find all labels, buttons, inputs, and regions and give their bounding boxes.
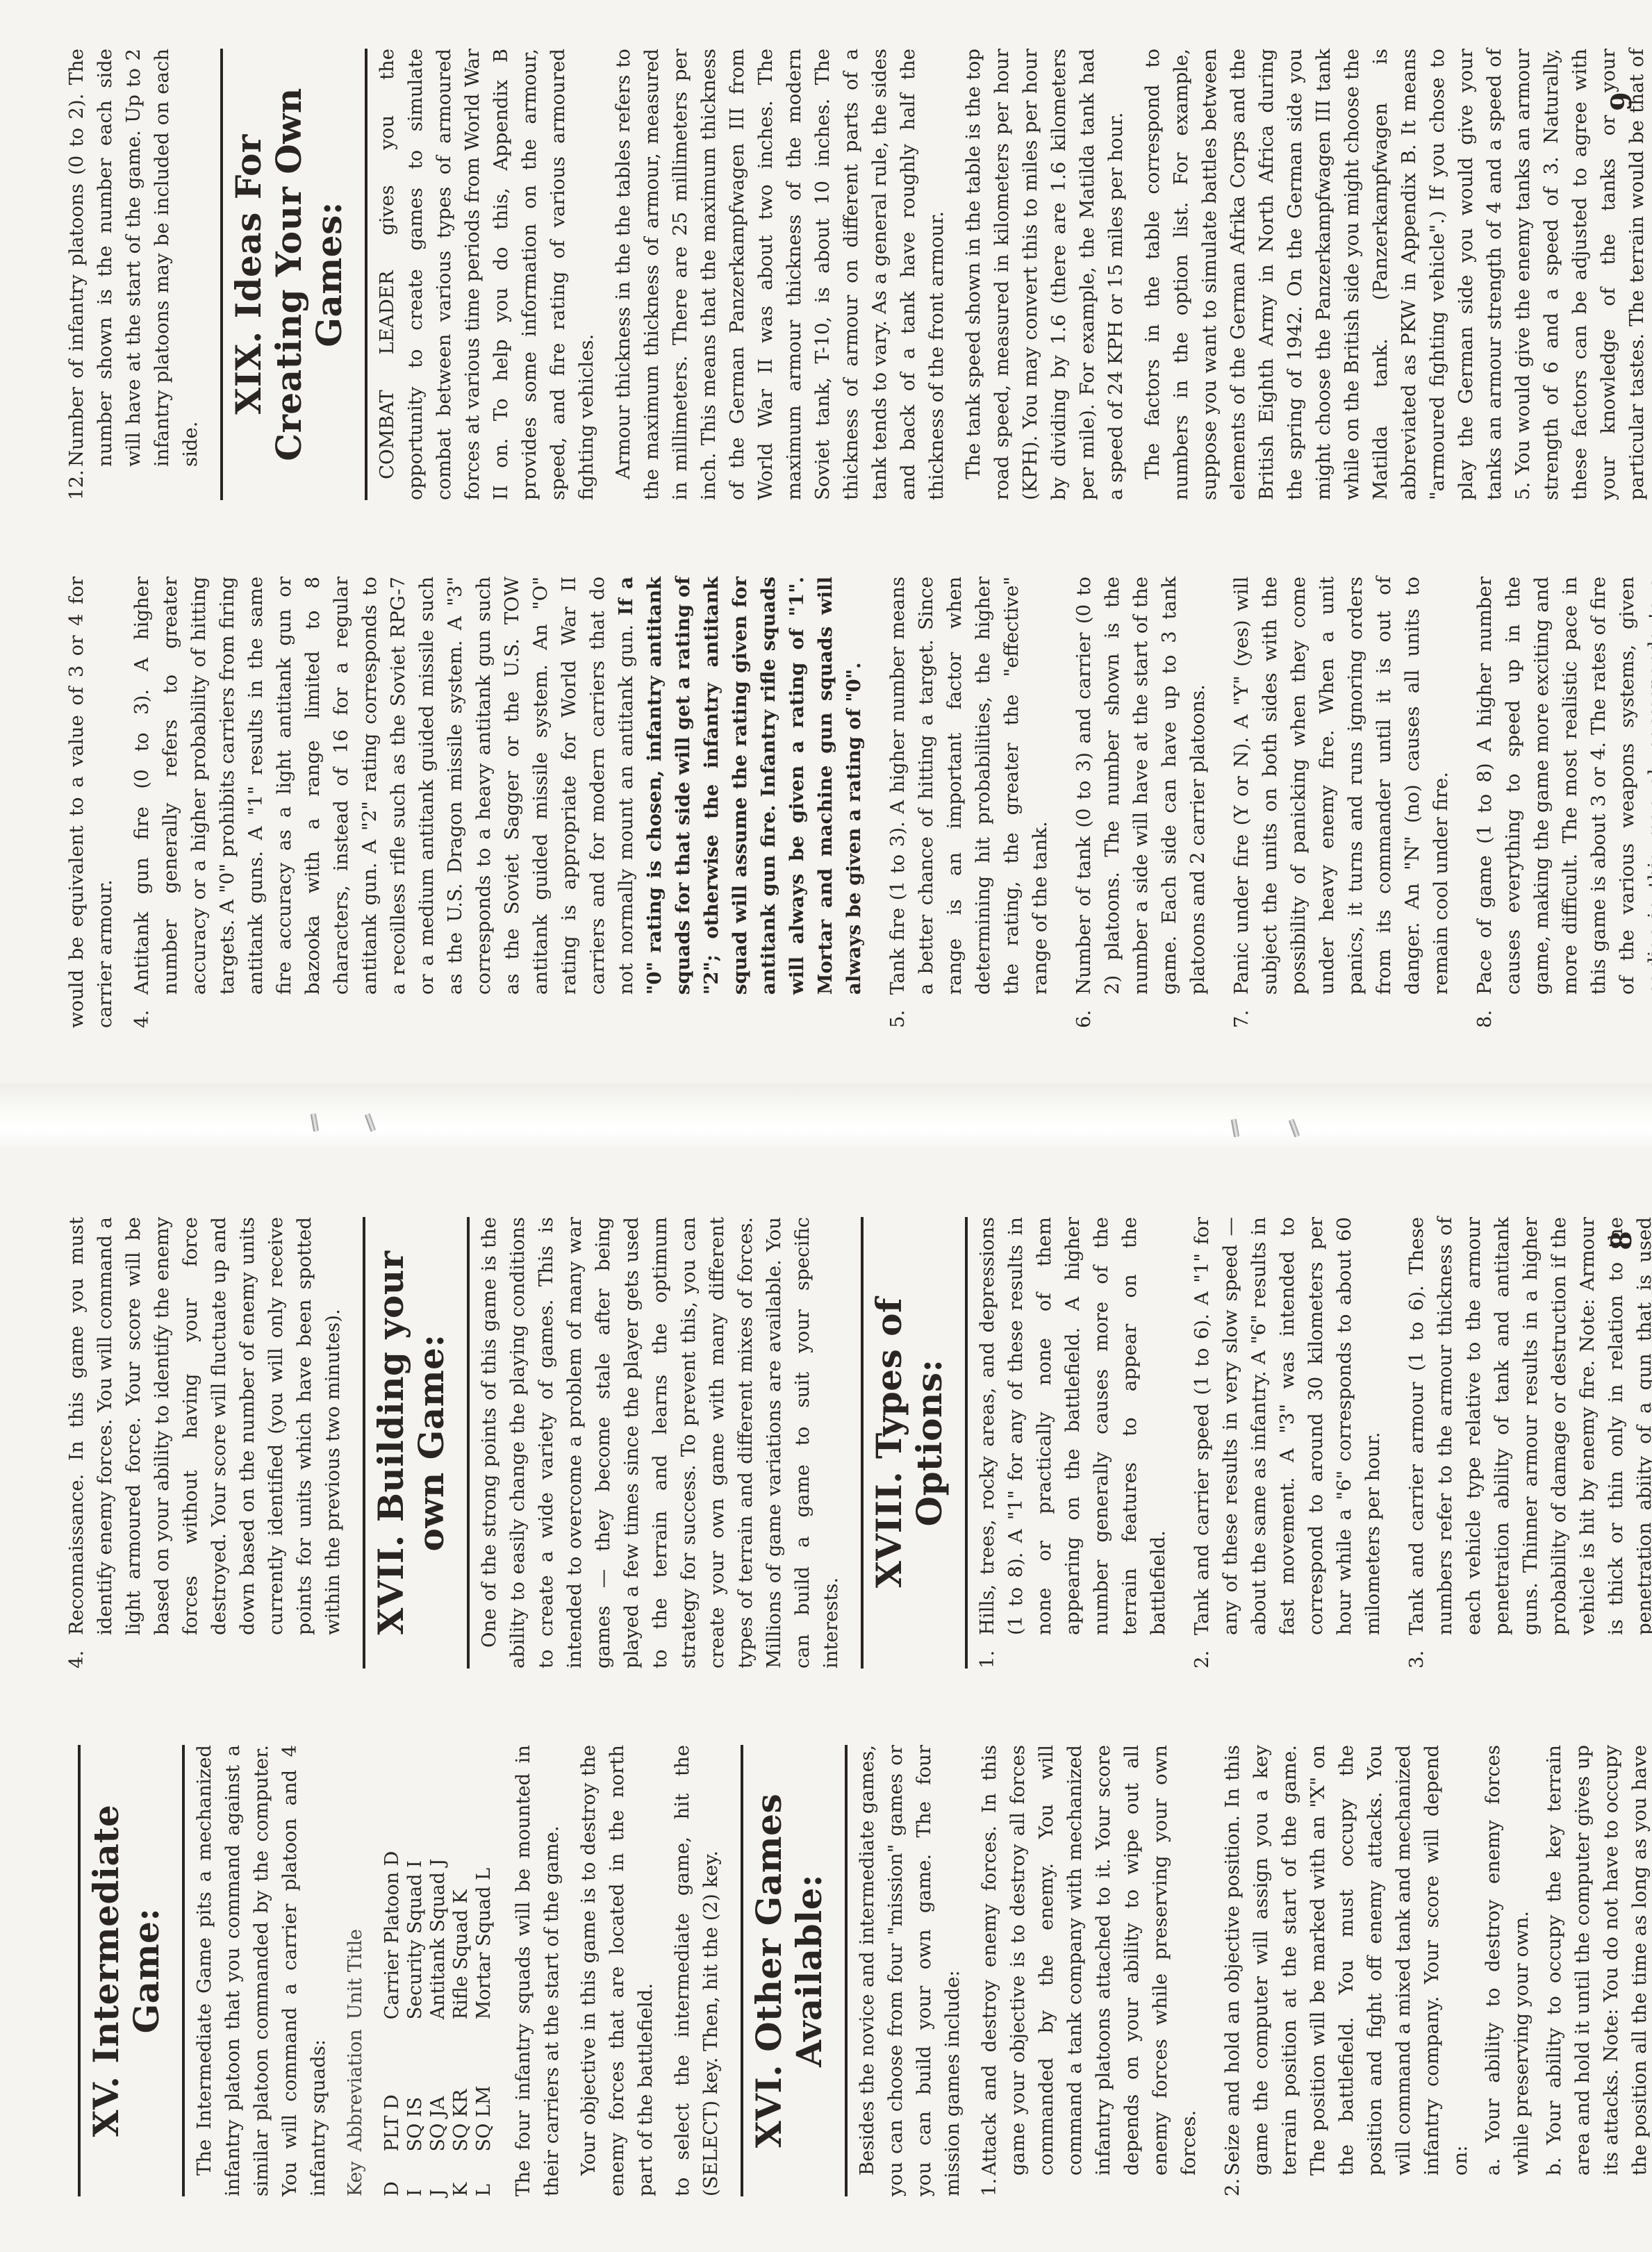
table-row: DPLT DCarrier Platoon D — [381, 1841, 404, 2196]
divider — [78, 1745, 81, 2196]
divider — [220, 49, 223, 500]
table-row: ISQ ISSecurity Squad I — [404, 1841, 427, 2196]
table-row: KSQ KRRifle Squad K — [449, 1841, 472, 2196]
divider — [365, 49, 367, 500]
staple — [311, 1113, 319, 1132]
page-8: XV. Intermediate Game: The Intermediate … — [0, 1148, 1652, 2252]
table-row: JSQ JAAntitank Squad J — [427, 1841, 449, 2196]
section-title-xviii: XVIII. Types of Options: — [869, 1217, 950, 1669]
page-number: 9 — [1605, 92, 1638, 111]
list-item: 4. Antitank gun fire (0 to 3). A higher … — [128, 577, 868, 1028]
list-item: 6.Number of tank (0 to 3) and carrier (0… — [1070, 577, 1212, 1028]
list-item: 7.Panic under fire (Y or N). A "Y" (yes)… — [1228, 577, 1455, 1028]
section-title-xvii: XVII. Building your own Game: — [371, 1217, 452, 1669]
section-title-xvi: XVI. Other Games Available: — [749, 1745, 829, 2196]
unit-key-table: Key Abbreviation Unit Title DPLT DCarrie… — [341, 1841, 495, 2196]
list-item: 12.Number of infantry platoons (0 to 2).… — [63, 49, 205, 500]
page-9: would be equivalent to a value of 3 or 4… — [0, 0, 1652, 1084]
staple — [1231, 1119, 1239, 1138]
section-title-xix: XIX. Ideas For Creating Your Own Games: — [229, 49, 349, 500]
page8-column-1: XV. Intermediate Game: The Intermediate … — [63, 1745, 1610, 2196]
list-item: 1.Hills, trees, rocky areas, and depress… — [973, 1217, 1173, 1669]
divider — [741, 1745, 743, 2196]
list-item: 2.Seize and hold an objective position. … — [1219, 1745, 1652, 2196]
divider — [965, 1217, 968, 1669]
continued-text: would be equivalent to a value of 3 or 4… — [63, 577, 119, 1028]
table-row: LSQ LMMortar Squad L — [472, 1841, 495, 2196]
list-item: 8.Pace of game (1 to 8) A higher number … — [1471, 577, 1652, 1028]
page9-column-1: would be equivalent to a value of 3 or 4… — [63, 577, 1610, 1028]
divider — [861, 1217, 864, 1669]
page9-column-2: 12.Number of infantry platoons (0 to 2).… — [63, 49, 1610, 500]
staple — [1289, 1118, 1300, 1137]
divider — [182, 1745, 185, 2196]
page-number: 8 — [1605, 1231, 1638, 1250]
divider — [363, 1217, 365, 1669]
divider — [467, 1217, 470, 1669]
options-list-continued: 4. Antitank gun fire (0 to 3). A higher … — [128, 577, 1652, 1028]
list-item: 5.Tank fire (1 to 3). A higher number me… — [884, 577, 1055, 1028]
list-item: 1.Attack and destroy enemy forces. In th… — [975, 1745, 1203, 2196]
staple — [365, 1113, 376, 1132]
list-item: 3.Tank and carrier armour (1 to 6). Thes… — [1403, 1217, 1652, 1669]
list-item: 2.Tank and carrier speed (1 to 6). A "1"… — [1188, 1217, 1387, 1669]
divider — [845, 1745, 848, 2196]
page8-column-2: 4.Reconnaissance. In this game you must … — [63, 1217, 1610, 1669]
section-title-xv: XV. Intermediate Game: — [86, 1745, 167, 2196]
list-item: 4.Reconnaissance. In this game you must … — [63, 1217, 347, 1669]
